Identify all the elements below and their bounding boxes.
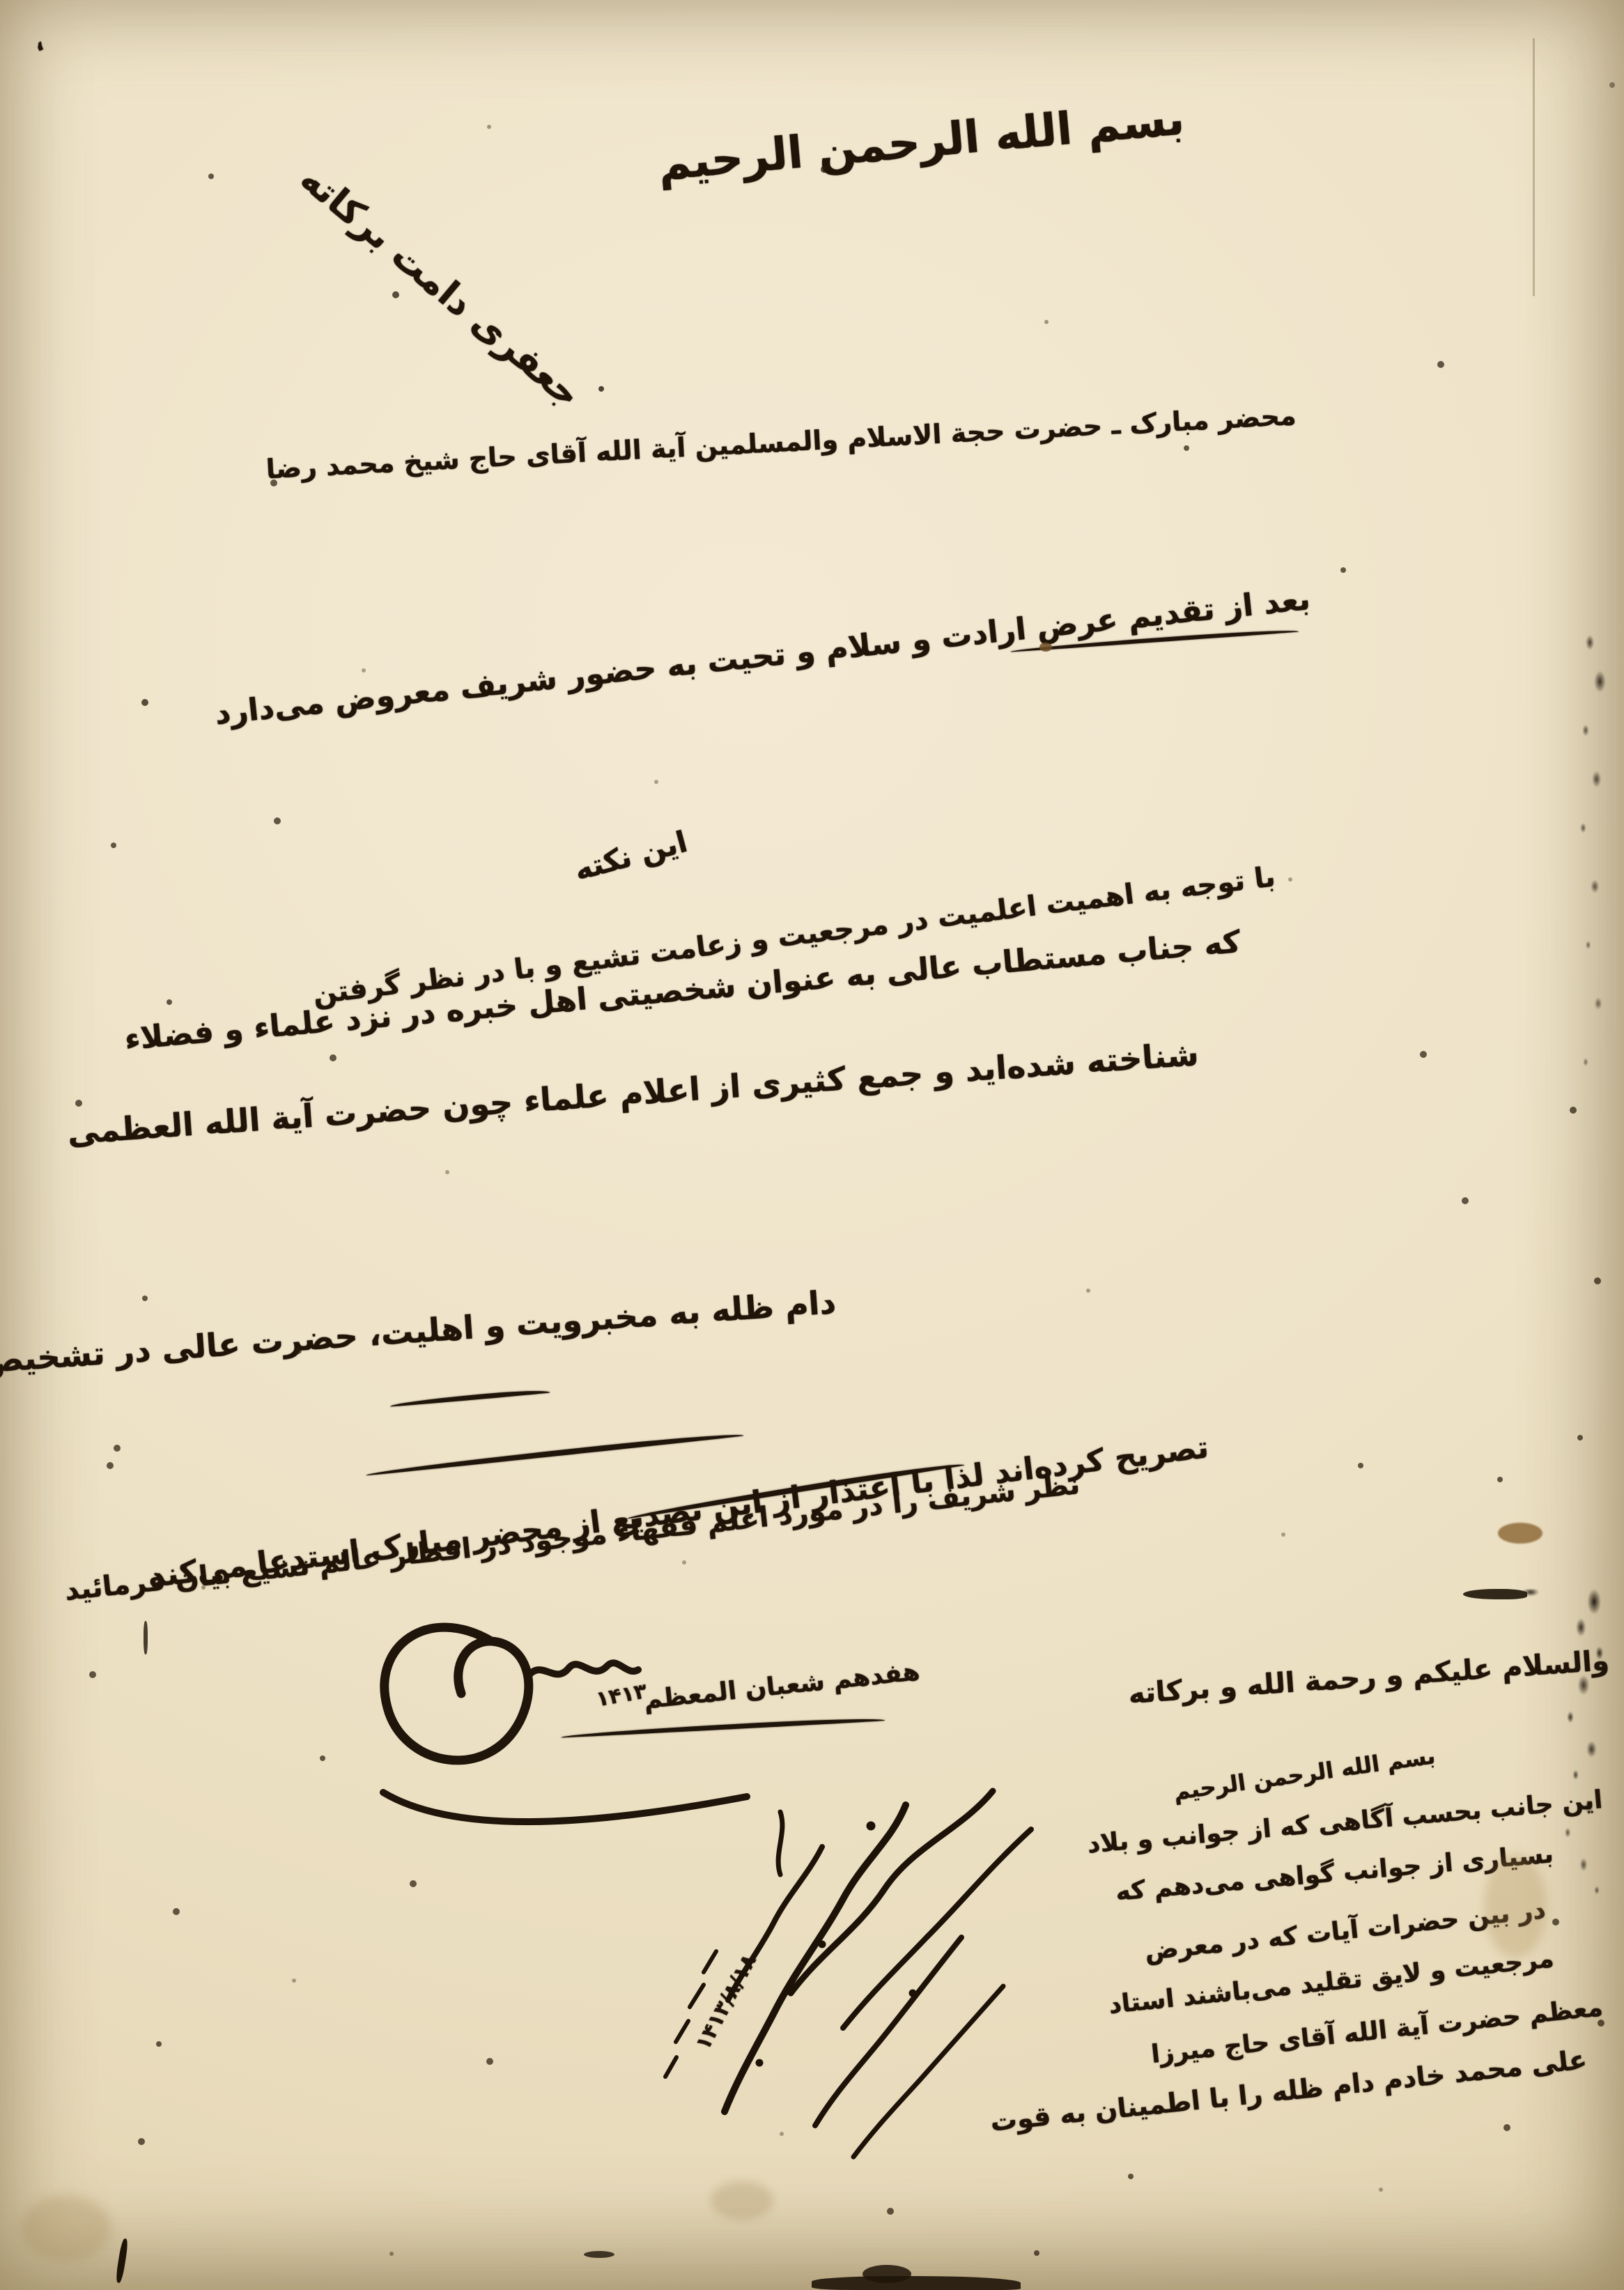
address-line-tail: جعفری دامت برکاته xyxy=(292,158,588,416)
body-line-7: نظر شریف را در مورد اعلم فقهاء موجود در … xyxy=(63,1468,1082,1607)
ink-blot-bottom-left-dash xyxy=(115,2238,129,2284)
paper-stain-soft-2 xyxy=(21,2195,111,2261)
basmala-line: بسم الله الرحمن الرحیم xyxy=(656,94,1186,191)
ink-blot-bottom-band xyxy=(812,2276,1021,2290)
body-line-1: بعد از تقدیم عرض ارادت و سلام و تحیت به … xyxy=(213,582,1312,732)
ink-blot-bottom-mark xyxy=(584,2251,614,2258)
emphasis-stroke-1 xyxy=(390,1388,550,1407)
emphasis-stroke-2 xyxy=(366,1431,744,1476)
body-line-2-end-fragment: این نکته xyxy=(571,825,690,887)
body-line-5: دام ظله به مخبرویت و اهلیت، حضرت عالی در… xyxy=(0,1284,837,1386)
body-line-4: شناخته شده‌اید و جمع کثیری از اعلام علما… xyxy=(66,1036,1200,1151)
crease-line xyxy=(1533,38,1535,296)
edge-mottling-right-middle xyxy=(1540,613,1623,1101)
address-line-main: محضر مبارک ـ حضرت حجة الاسلام والمسلمین … xyxy=(265,401,1297,485)
paper-stain-soft-3 xyxy=(711,2181,773,2220)
paper-stain-brown-fleck xyxy=(1039,643,1052,652)
signature-squiggle xyxy=(528,1663,638,1676)
signature-loop xyxy=(385,1627,529,1760)
scanned-letter-page: بسم الله الرحمن الرحیم محضر مبارک ـ حضرت… xyxy=(0,0,1624,2290)
corner-pen-mark: ، xyxy=(29,29,48,58)
paper-stain-tan xyxy=(1498,1523,1542,1544)
ink-blot-bottom-small xyxy=(863,2265,911,2283)
paper-stain-soft-1 xyxy=(1484,1854,1547,1958)
notary-scribble xyxy=(613,1763,1101,2181)
response-basmala: بسم الله الرحمن الرحیم xyxy=(1172,1743,1437,1805)
ink-specks-faint xyxy=(0,0,3,3)
ink-blot-left-edge-dash xyxy=(144,1621,148,1654)
ink-blot-right-row xyxy=(1463,1589,1527,1599)
